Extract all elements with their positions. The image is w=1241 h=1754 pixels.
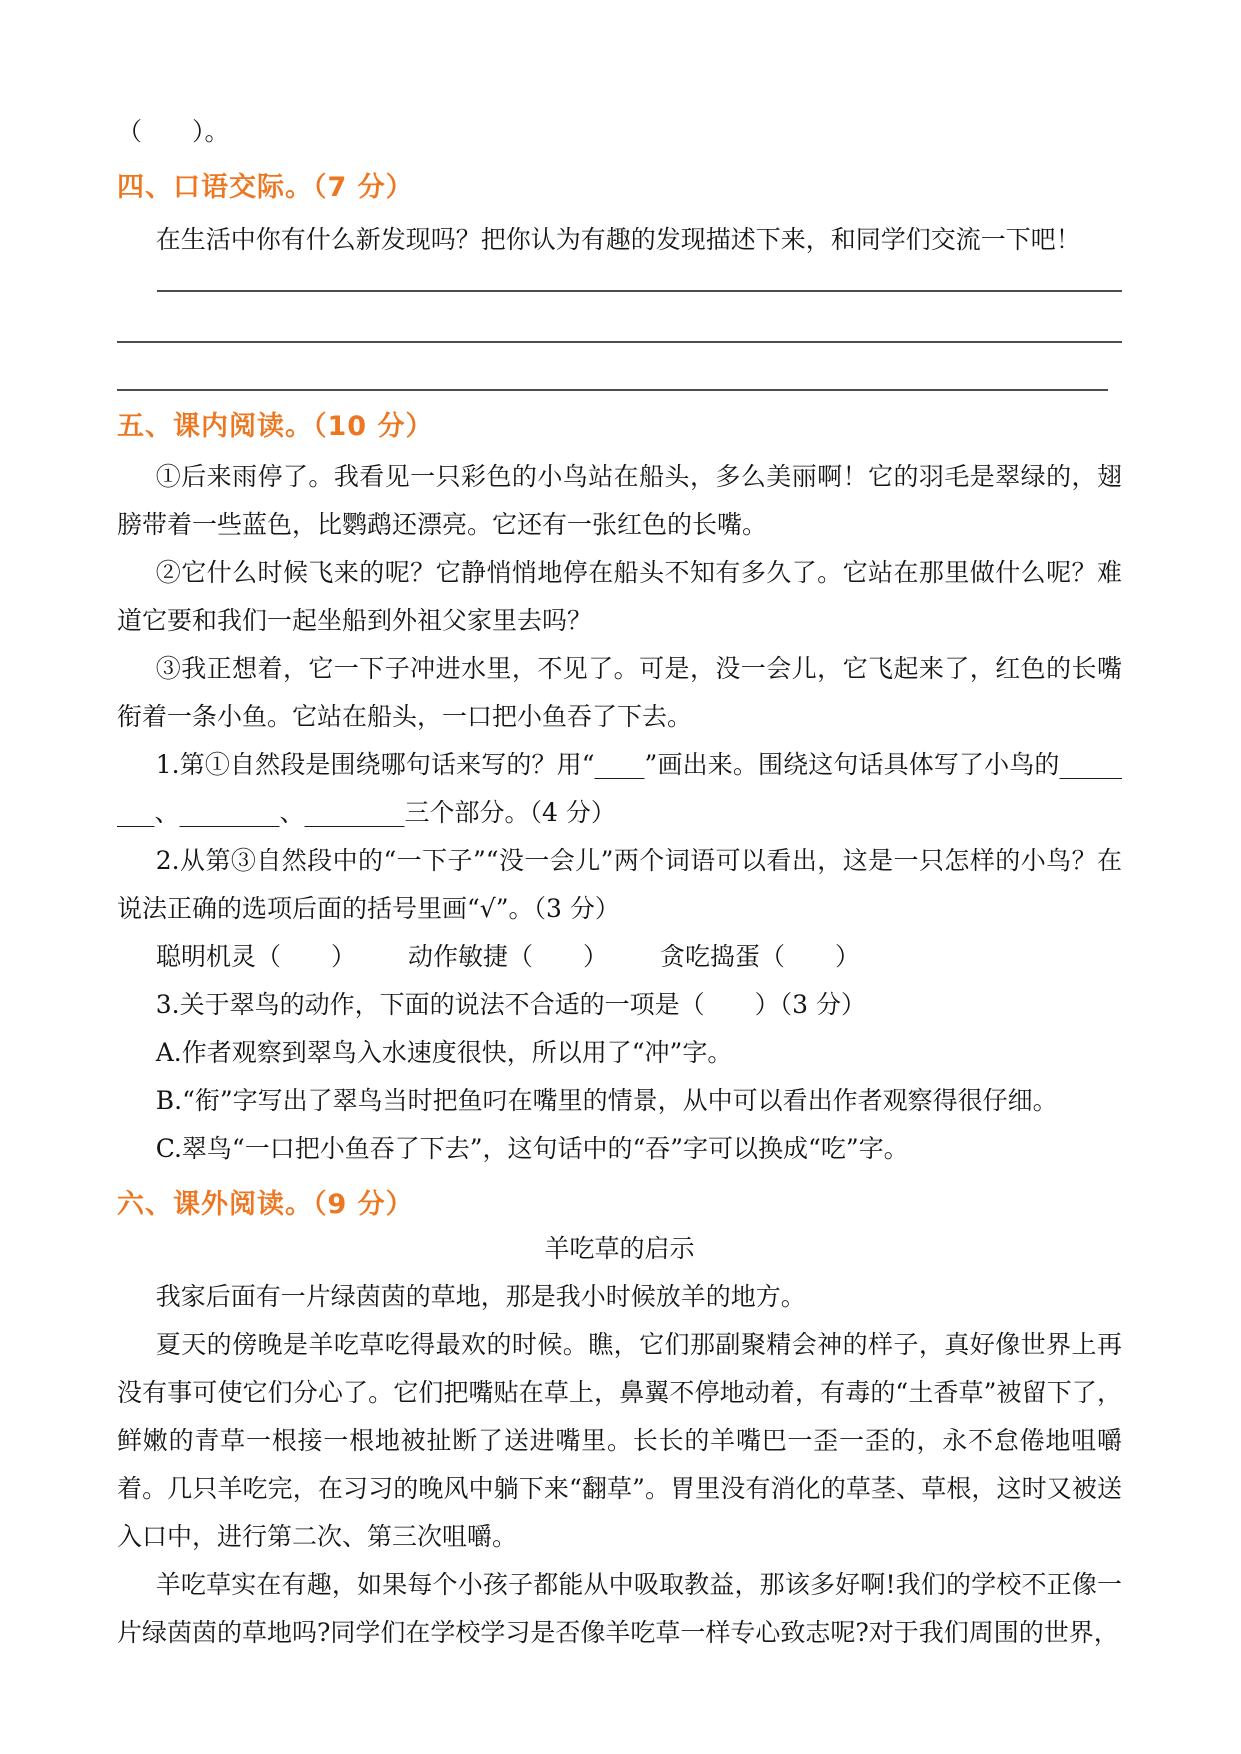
worksheet-page: （ ）。 四、口语交际。（7 分） 在生活中你有什么新发现吗？把你认为有趣的发现…: [0, 0, 1241, 1754]
passage-paragraph-1: 我家后面有一片绿茵茵的草地，那是我小时候放羊的地方。: [117, 1273, 1122, 1321]
section5-heading: 五、课内阅读。（10 分）: [117, 407, 1122, 447]
question-3: 3.关于翠鸟的动作，下面的说法不合适的一项是（ ）（3 分）: [117, 981, 1122, 1029]
question-2-options: 聪明机灵（ ） 动作敏捷（ ） 贪吃捣蛋（ ）: [156, 933, 1122, 981]
reading-paragraph-2: ②它什么时候飞来的呢？它静悄悄地停在船头不知有多久了。它站在那里做什么呢？难道它…: [117, 549, 1122, 645]
question-3-choice-c: C.翠鸟“一口把小鱼吞了下去”，这句话中的“吞”字可以换成“吃”字。: [117, 1125, 1122, 1173]
question-3-choice-a: A.作者观察到翠鸟入水速度很快，所以用了“冲”字。: [117, 1029, 1122, 1077]
answer-line-1: [157, 264, 1122, 292]
section6-heading: 六、课外阅读。（9 分）: [117, 1185, 1122, 1225]
question-1: 1.第①自然段是围绕哪句话来写的？用“____”画出来。围绕这句话具体写了小鸟的…: [117, 741, 1122, 837]
option-clever: 聪明机灵（ ）: [156, 933, 356, 981]
passage-paragraph-2: 夏天的傍晚是羊吃草吃得最欢的时候。瞧，它们那副聚精会神的样子，真好像世界上再没有…: [117, 1321, 1122, 1561]
passage-title: 羊吃草的启示: [117, 1225, 1122, 1273]
answer-line-3: [117, 343, 1108, 391]
previous-question-blank: （ ）。: [117, 108, 1122, 156]
section4-oral-prompt: 在生活中你有什么新发现吗？把你认为有趣的发现描述下来，和同学们交流一下吧！: [117, 216, 1122, 264]
passage-paragraph-3: 羊吃草实在有趣，如果每个小孩子都能从中吸取教益，那该多好啊!我们的学校不正像一片…: [117, 1561, 1122, 1657]
answer-lines-block: [117, 264, 1122, 391]
option-greedy: 贪吃捣蛋（ ）: [660, 933, 860, 981]
section4-heading: 四、口语交际。（7 分）: [117, 168, 1122, 208]
reading-paragraph-1: ①后来雨停了。我看见一只彩色的小鸟站在船头，多么美丽啊！它的羽毛是翠绿的，翅膀带…: [117, 453, 1122, 549]
question-3-choice-b: B.“衔”字写出了翠鸟当时把鱼叼在嘴里的情景，从中可以看出作者观察得很仔细。: [117, 1077, 1122, 1125]
reading-paragraph-3: ③我正想着，它一下子冲进水里，不见了。可是，没一会儿，它飞起来了，红色的长嘴衔着…: [117, 645, 1122, 741]
option-agile: 动作敏捷（ ）: [408, 933, 608, 981]
question-2: 2.从第③自然段中的“一下子”“没一会儿”两个词语可以看出，这是一只怎样的小鸟？…: [117, 837, 1122, 933]
answer-line-2: [117, 292, 1122, 343]
